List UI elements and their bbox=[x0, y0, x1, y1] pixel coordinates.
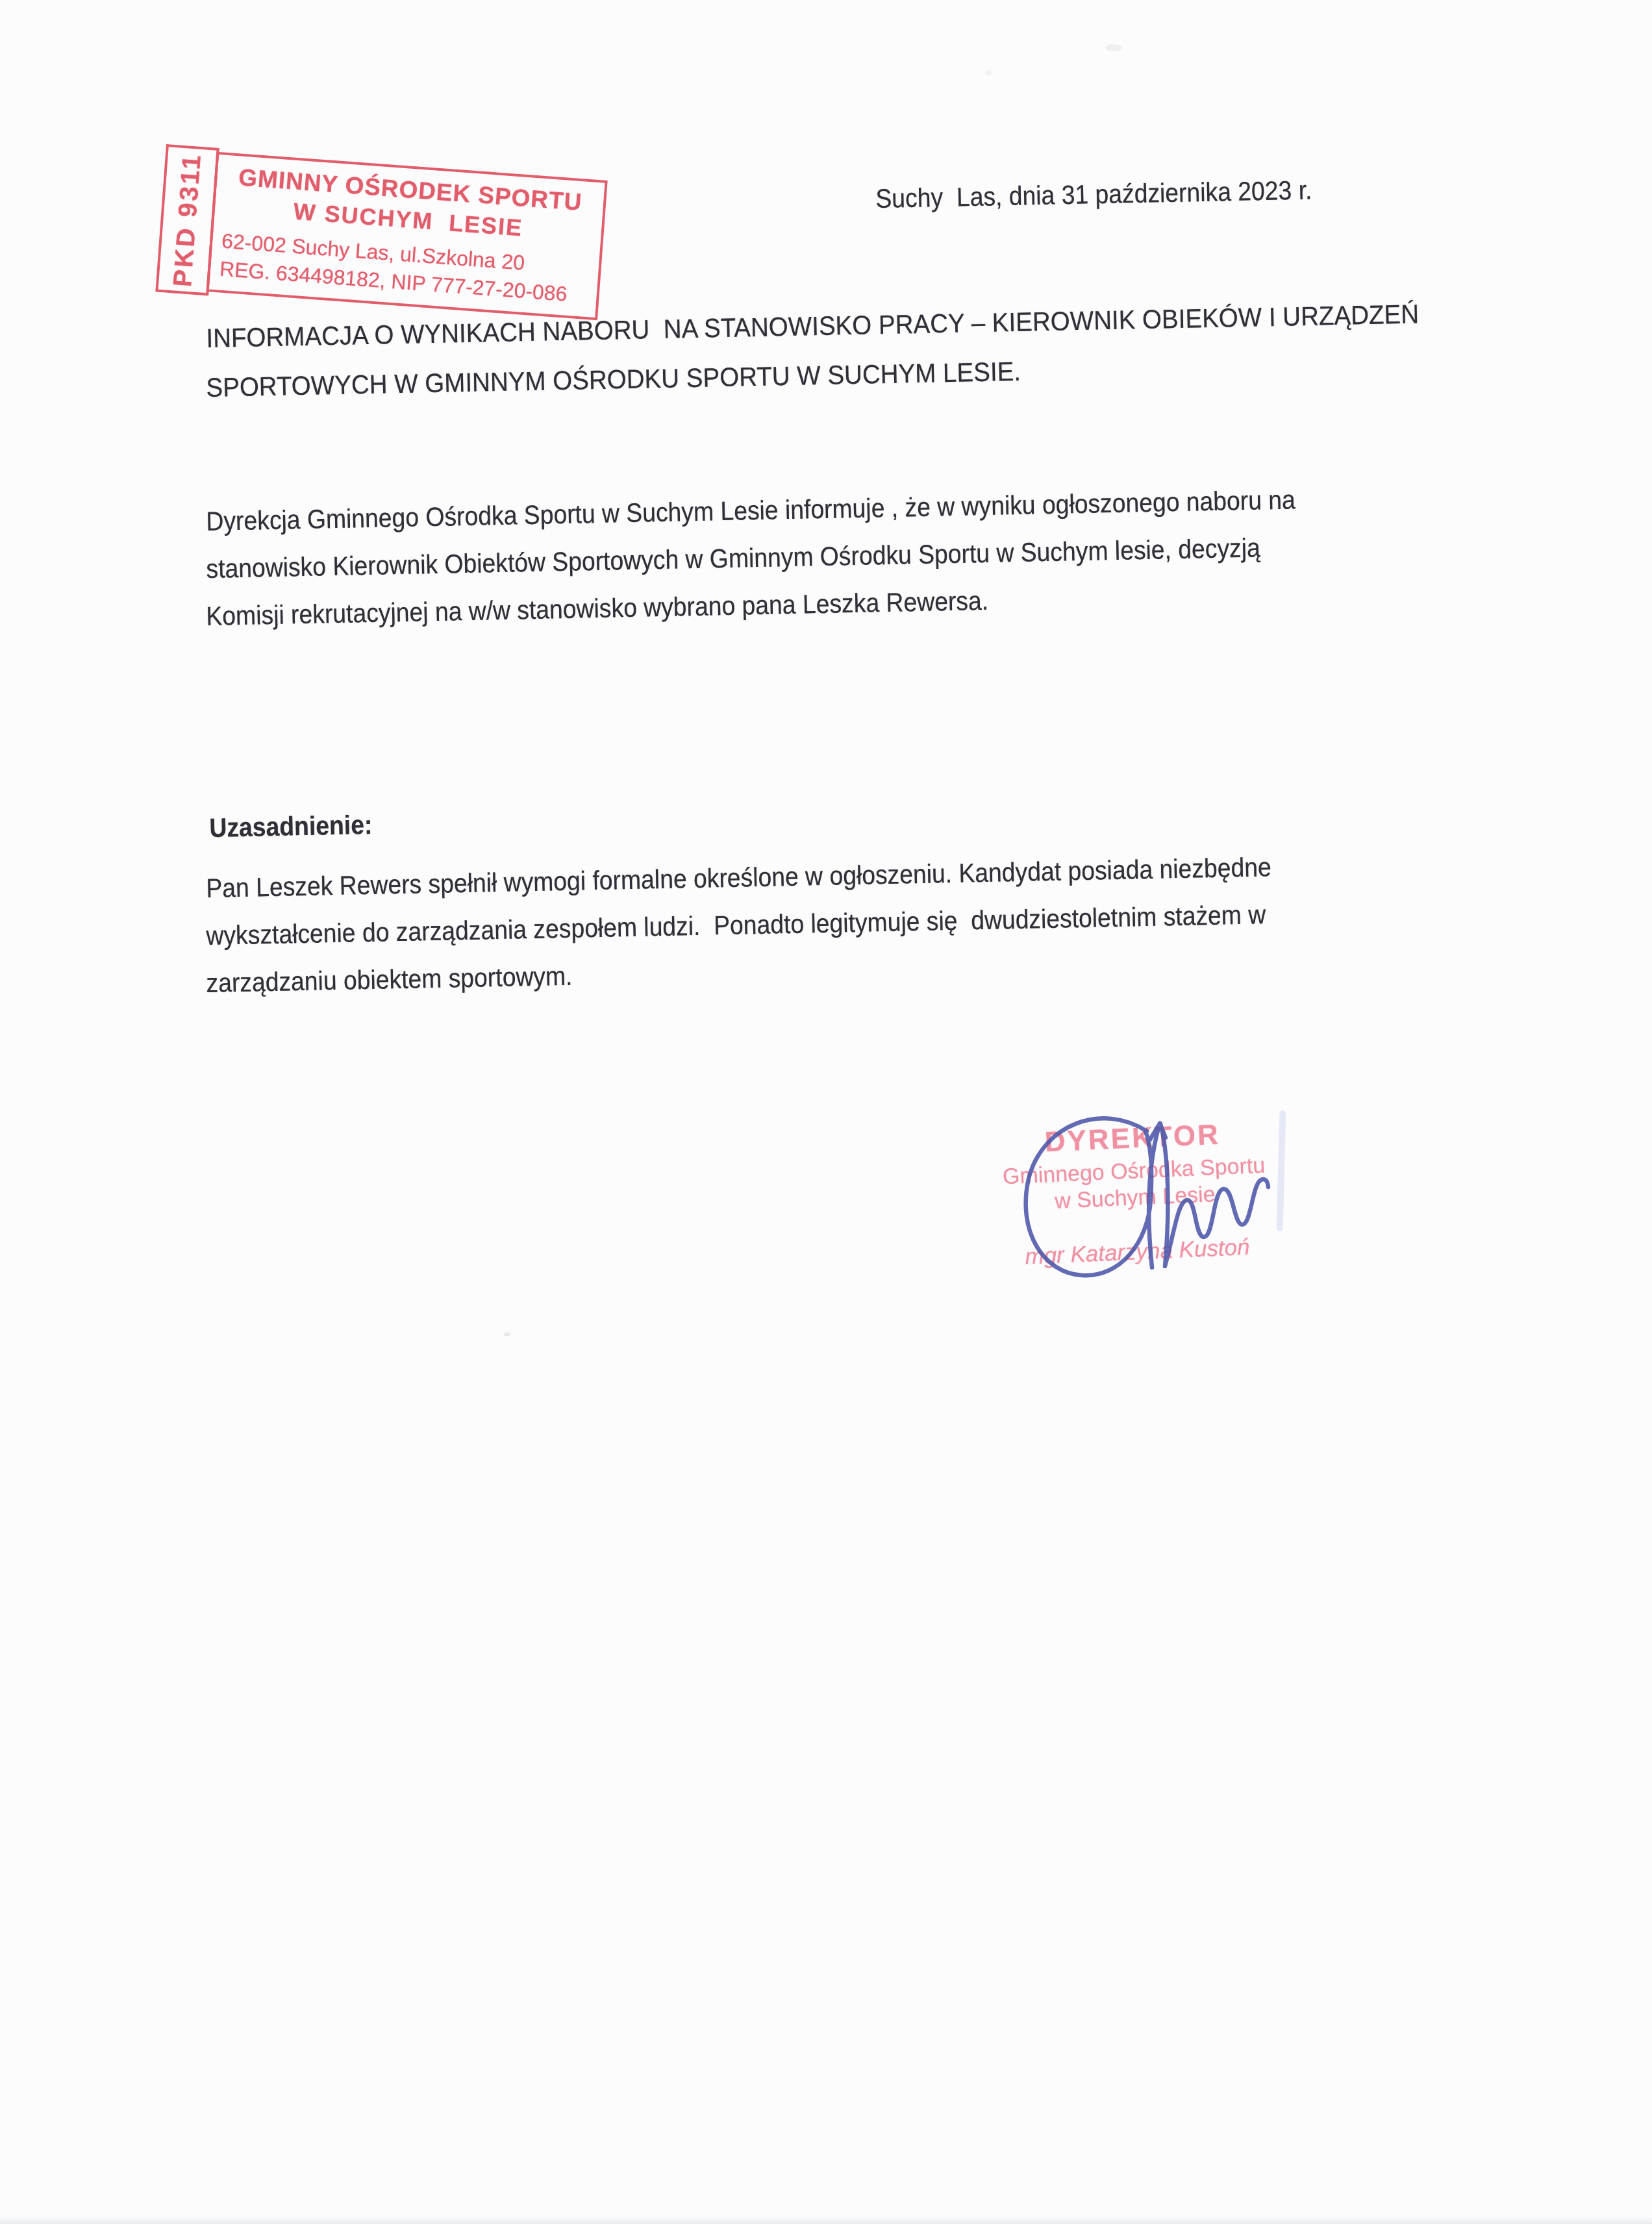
body-paragraph-line3: Komisji rekrutacyjnej na w/w stanowisko … bbox=[206, 586, 989, 632]
body-paragraph-line1: Dyrekcja Gminnego Ośrodka Sportu w Suchy… bbox=[206, 484, 1295, 537]
body-paragraph-line2: stanowisko Kierownik Obiektów Sportowych… bbox=[206, 532, 1260, 584]
scan-speck bbox=[1105, 44, 1122, 51]
scan-bottom-edge bbox=[0, 2216, 1652, 2224]
stamp-main-box: GMINNY OŚRODEK SPORTU W SUCHYM LESIE 62-… bbox=[206, 152, 608, 321]
scan-speck bbox=[504, 1332, 510, 1336]
justification-line3: zarządzaniu obiektem sportowym. bbox=[206, 961, 573, 999]
justification-line1: Pan Leszek Rewers spełnił wymogi formaln… bbox=[206, 852, 1271, 904]
justification-line2: wykształcenie do zarządzania zespołem lu… bbox=[206, 899, 1266, 951]
stamp-pkd-code: PKD 9311 bbox=[168, 152, 207, 288]
document-page: PKD 9311 GMINNY OŚRODEK SPORTU W SUCHYM … bbox=[0, 0, 1652, 2224]
section-heading: Uzasadnienie: bbox=[209, 810, 373, 843]
signature-ink-stroke bbox=[1026, 1118, 1268, 1275]
office-stamp: PKD 9311 GMINNY OŚRODEK SPORTU W SUCHYM … bbox=[155, 144, 608, 324]
dateline: Suchy Las, dnia 31 października 2023 r. bbox=[875, 175, 1312, 214]
scan-speck bbox=[986, 70, 992, 76]
document-title-line2: SPORTOWYCH W GMINNYM OŚRODKU SPORTU W SU… bbox=[206, 356, 1021, 403]
handwritten-signature bbox=[984, 1104, 1290, 1299]
